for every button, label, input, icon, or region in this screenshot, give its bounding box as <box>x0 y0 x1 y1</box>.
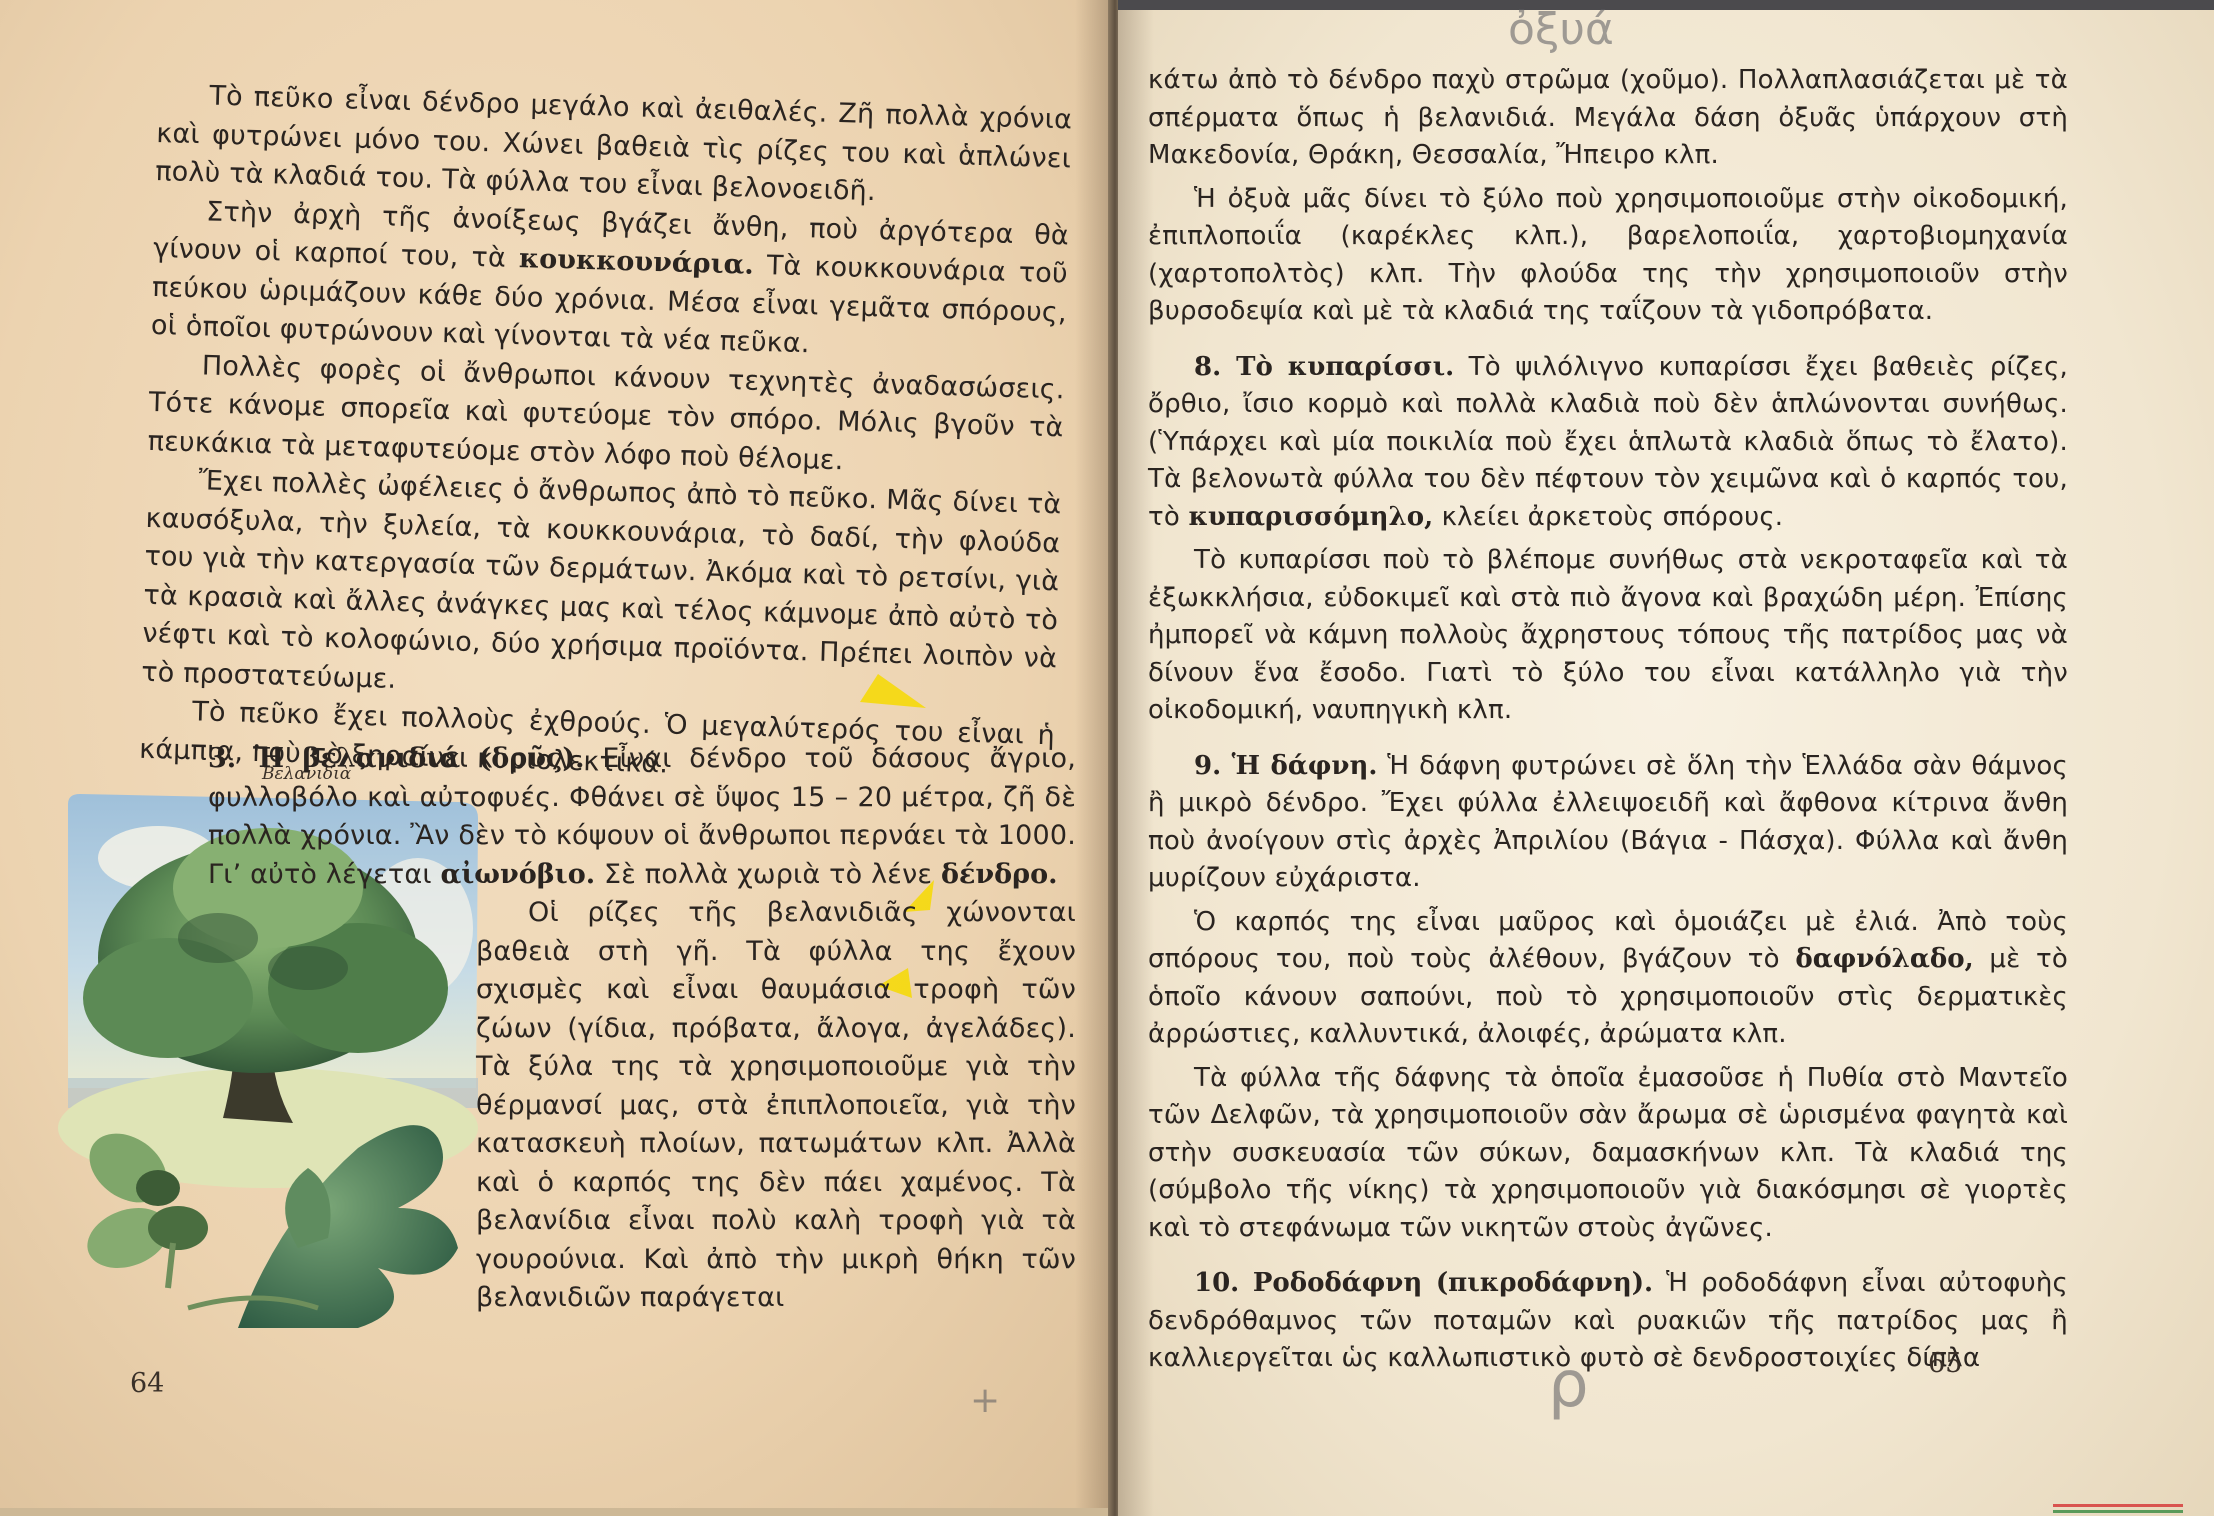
cypress-section: 8. Τὸ κυπαρίσσι. Τὸ ψιλόλιγνο κυπαρίσσι … <box>1148 349 2068 537</box>
oak-text-block: 3. Ἡ βελανιδιά (δρῦς). Εἶναι δένδρο τοῦ … <box>476 740 1076 1318</box>
pencil-mark: ρ <box>1548 1348 1589 1422</box>
paragraph: κάτω ἀπὸ τὸ δένδρο παχὺ στρῶμα (χοῦμο). … <box>1148 62 2068 175</box>
section-heading: 10. Ροδοδάφνη (πικροδάφνη). <box>1194 1268 1653 1298</box>
red-line-mark <box>2053 1504 2183 1507</box>
bold-term: κουκκουνάρια. <box>519 243 755 281</box>
book-spread: Τὸ πεῦκο εἶναι δένδρο μεγάλο καὶ ἀειθαλέ… <box>0 0 2214 1516</box>
page-number-right: 65 <box>1928 1348 1962 1379</box>
paragraph-text: Σὲ πολλὰ χωριὰ τὸ λένε <box>604 859 932 890</box>
right-text-block: κάτω ἀπὸ τὸ δένδρο παχὺ στρῶμα (χοῦμο). … <box>1148 62 2068 1384</box>
page-number-left: 64 <box>130 1368 164 1399</box>
right-page: ὀξυά κάτω ἀπὸ τὸ δένδρο παχὺ στρῶμα (χοῦ… <box>1118 0 2214 1516</box>
paragraph: Ὁ καρπός της εἶναι μαῦρος καὶ ὁμοιάζει μ… <box>1148 904 2068 1054</box>
bold-term: κυπαρισσόμηλο, <box>1188 502 1433 532</box>
paragraph: Τὰ φύλλα τῆς δάφνης τὰ ὁποῖα ἐμασοῦσε ἡ … <box>1148 1060 2068 1248</box>
highlighter-mark <box>860 672 930 712</box>
pine-text-block: Τὸ πεῦκο εἶναι δένδρο μεγάλο καὶ ἀειθαλέ… <box>139 76 1073 794</box>
paragraph-text: κλείει ἀρκετοὺς σπόρους. <box>1442 502 1784 532</box>
oak-section: 3. Ἡ βελανιδιά (δρῦς). Εἶναι δένδρο τοῦ … <box>208 740 1076 894</box>
paragraph: Οἱ ρίζες τῆς βελανιδιᾶς χώνονται βαθειὰ … <box>476 894 1076 1318</box>
green-line-mark <box>2053 1510 2183 1513</box>
paragraph: Ἡ ὀξυὰ μᾶς δίνει τὸ ξύλο ποὺ χρησιμοποιο… <box>1148 181 2068 331</box>
pencil-annotation: ὀξυά <box>1508 4 1614 55</box>
bold-term: δαφνόλαδο, <box>1795 944 1973 974</box>
section-heading: 9. Ἡ δάφνη. <box>1194 751 1377 781</box>
paragraph: Τὸ κυπαρίσσι ποὺ τὸ βλέπομε συνήθως στὰ … <box>1148 542 2068 730</box>
pencil-mark: + <box>970 1380 1000 1421</box>
bold-term: δένδρο. <box>941 859 1058 890</box>
laurel-section: 9. Ἡ δάφνη. Ἡ δάφνη φυτρώνει σὲ ὅλη τὴν … <box>1148 748 2068 898</box>
section-heading: 8. Τὸ κυπαρίσσι. <box>1194 352 1454 382</box>
left-page: Τὸ πεῦκο εἶναι δένδρο μεγάλο καὶ ἀειθαλέ… <box>0 0 1115 1516</box>
paragraph: Στὴν ἀρχὴ τῆς ἀνοίξεως βγάζει ἄνθη, ποὺ … <box>150 191 1069 370</box>
section-heading: 3. Ἡ βελανιδιά (δρῦς). <box>208 743 585 774</box>
bold-term: αἰωνόβιο. <box>440 859 595 890</box>
